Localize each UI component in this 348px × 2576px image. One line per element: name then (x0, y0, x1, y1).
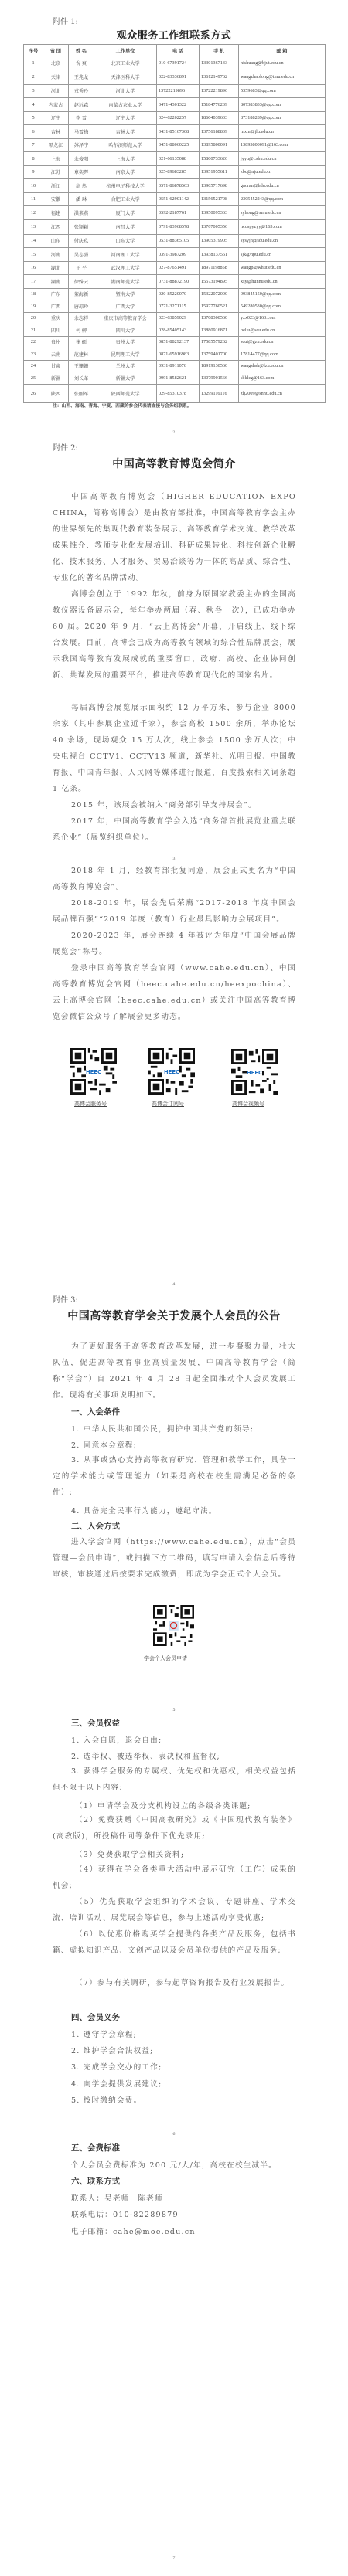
paragraph: 2018 年 1 月，经教育部批复同意，展会正式更名为“中国高等教育博览会”。 (53, 863, 296, 895)
page-number: 3 (0, 857, 348, 861)
cell-unit: 广西大学 (94, 300, 157, 313)
cell-phone: 0571-86878563 (157, 179, 200, 193)
paragraph: 中国高等教育博览会（HIGHER EDUCATION EXPO CHINA，简称… (53, 489, 296, 586)
cell-mobile: 13938137561 (200, 248, 239, 262)
cell-province: 广西 (43, 300, 69, 313)
col-header-phone: 电 话 (157, 45, 200, 56)
cell-index: 8 (24, 152, 43, 166)
table-row: 6吉林马雪梅吉林大学0431-8516730813756188839mxm@jl… (24, 125, 326, 139)
cell-name: 余俊阳 (69, 152, 94, 166)
cell-index: 7 (24, 138, 43, 152)
cell-unit: 四川大学 (94, 324, 157, 337)
qr-code-subscription[interactable]: HEEC (148, 1048, 195, 1095)
list-item: 5. 按时缴纳会费。 (71, 2094, 142, 2105)
cell-email[interactable]: sjk@hpu.edu.cn (239, 248, 326, 262)
paragraph: 高博会创立于 1992 年秋，前身为原国家教委主办的全国高教仪器设备展示会，每年… (53, 586, 296, 684)
cell-name: 高 然 (69, 179, 94, 193)
table-row: 14山东付庆玖山东大学0531-8836510513905319905sysyj… (24, 234, 326, 248)
cell-email[interactable]: yzx023@163.com (239, 312, 326, 324)
list-item: 2. 同意本会章程; (71, 1439, 137, 1450)
cell-phone: 0871-65916983 (157, 348, 200, 361)
cell-unit: 陕西师范大学 (94, 384, 157, 402)
cell-province: 北京 (43, 56, 69, 70)
cell-unit: 合肥工业大学 (94, 192, 157, 206)
cell-mobile: 13722219896 (200, 84, 239, 98)
table-row: 8上海余俊阳上海大学021-6613508815800733626jyyu@t.… (24, 152, 326, 166)
table-row: 18广东董海新暨南大学020-8522007015322072000993845… (24, 288, 326, 300)
cell-mobile: 13880916871 (200, 324, 239, 337)
cell-province: 广东 (43, 288, 69, 300)
col-header-index: 序号 (24, 45, 43, 56)
cell-phone: 0451-88060225 (157, 138, 200, 152)
cell-province: 河南 (43, 248, 69, 262)
cell-mobile: 13905319905 (200, 234, 239, 248)
qr-code-icon: HEEC (70, 1048, 117, 1095)
list-item: 3. 完成学会交办的工作; (71, 2061, 162, 2072)
cell-index: 2 (24, 70, 43, 84)
table-row: 21四川何 柳四川大学028-8540514313880916871heliu@… (24, 324, 326, 337)
svg-text:HEEC: HEEC (164, 1069, 179, 1075)
cell-name: 张丽军 (69, 384, 94, 402)
cell-unit: 武汉理工大学 (94, 261, 157, 275)
cell-mobile: 13612149762 (200, 70, 239, 84)
cell-province: 四川 (43, 324, 69, 337)
cell-mobile: 13767005356 (200, 219, 239, 234)
page-number: 6 (0, 2132, 348, 2136)
cell-mobile: 18971198858 (200, 261, 239, 275)
attachment2-label: 附件 2: (53, 441, 78, 453)
list-item: 2. 维护学会合法权益; (71, 2045, 154, 2055)
list-item: 4. 向学会提供发展建议; (71, 2078, 162, 2089)
contacts-table: 序号 省 団 姓 名 工作单位 电 话 手 机 邮 箱 1北京倪 爽北京工业大学… (23, 44, 326, 403)
cell-email[interactable]: wangzhaolong@tmu.edu.cn (239, 70, 326, 84)
cell-name: 章奕晖 (69, 165, 94, 179)
cell-phone: 022-83336891 (157, 70, 200, 84)
cell-province: 天津 (43, 70, 69, 84)
sub-list-item: （7）参与有关调研，参与起草咨询报告及行业发展报告。 (53, 1975, 296, 1991)
cell-mobile: 13895800091 (200, 138, 239, 152)
cell-unit: 吉林大学 (94, 125, 157, 139)
cell-mobile: 13950095363 (200, 206, 239, 220)
cell-name: 徐姝云 (69, 275, 94, 289)
cell-email[interactable]: 549280530@qq.com (239, 300, 326, 313)
cell-mobile: 13301367133 (200, 56, 239, 70)
cell-index: 11 (24, 192, 43, 206)
cell-name: 范建林 (69, 348, 94, 361)
cell-phone: 027-87651491 (157, 261, 200, 275)
cell-email[interactable]: xsy@hunnu.edu.cn (239, 275, 326, 289)
cell-email[interactable]: 17814477@qq.com (239, 348, 326, 361)
cell-name: 王 平 (69, 261, 94, 275)
qr-caption-member-application[interactable]: 学会个人会员申请 (144, 1655, 187, 1662)
cell-index: 21 (24, 324, 43, 337)
cell-phone: 0592-2187761 (157, 206, 200, 220)
table-row: 9江苏章奕晖南京大学025-8968328513951955611zbc@nju… (24, 165, 326, 179)
table-row: 24甘肃王姗姗兰州大学0931-891107618919130560wangsh… (24, 360, 326, 372)
table-row: 2天津王兆龙天津医科大学022-8333689113612149762wangz… (24, 70, 326, 84)
cell-name: 付庆玖 (69, 234, 94, 248)
cell-index: 25 (24, 372, 43, 385)
cell-mobile: 15977760521 (200, 300, 239, 313)
cell-province: 上海 (43, 152, 69, 166)
cell-name: 董海新 (69, 288, 94, 300)
cell-unit: 河北大学 (94, 84, 157, 98)
paragraph: 每届高博会展览展示面积约 12 万平方米，参与企业 8000 余家（其中参展企业… (53, 700, 296, 797)
qr-caption-video[interactable]: 高博会视频号 (232, 1100, 264, 1108)
cell-unit: 厦门大学 (94, 206, 157, 220)
page-number: 4 (0, 1282, 348, 1287)
cell-unit: 南昌大学 (94, 219, 157, 234)
cell-index: 6 (24, 125, 43, 139)
cell-province: 浙江 (43, 179, 69, 193)
table-header-row: 序号 省 団 姓 名 工作单位 电 话 手 机 邮 箱 (24, 45, 326, 56)
cell-email[interactable]: gaoran@hdu.edu.cn (239, 179, 326, 193)
list-item: 4. 具备完全民事行为能力，遵纪守法。 (71, 1505, 217, 1515)
cell-name: 马雪梅 (69, 125, 94, 139)
list-item: 3. 从事或热心支持高等教育研究、管理和教学工作，具备一定的学术能力或管理能力（… (53, 1452, 296, 1501)
cell-email[interactable]: 807383833@qq.com (239, 98, 326, 112)
cell-mobile: 18919130560 (200, 360, 239, 372)
cell-phone: 0431-85167308 (157, 125, 200, 139)
cell-phone: 010-67391724 (157, 56, 200, 70)
table-row: 25新疆刘长革新疆大学0991-858262113079901566sbklcg… (24, 372, 326, 385)
qr-code-icon: HEEC (231, 1049, 278, 1095)
cell-phone: 021-66135088 (157, 152, 200, 166)
section-heading-member-duties: 四、会员义务 (71, 2011, 120, 2023)
table-row: 16湖北王 平武汉理工大学027-8765149118971198858wang… (24, 261, 326, 275)
cell-mobile: 13951955611 (200, 165, 239, 179)
cell-phone: 025-89683285 (157, 165, 200, 179)
cell-index: 26 (24, 384, 43, 402)
cell-index: 16 (24, 261, 43, 275)
cell-unit: 南京大学 (94, 165, 157, 179)
cell-index: 10 (24, 179, 43, 193)
cell-name: 王姗姗 (69, 360, 94, 372)
cell-mobile: 13708300560 (200, 312, 239, 324)
cell-mobile: 18604039633 (200, 111, 239, 125)
sub-list-item: （6）以优惠价格购买学会提供的各类产品及服务，包括书籍、虚拟知识产品、文创产品以… (53, 1926, 296, 1959)
cell-mobile: 13756188839 (200, 125, 239, 139)
cell-index: 15 (24, 248, 43, 262)
table-row: 4内蒙古赵远森内蒙古农业大学0471-430132215184776239807… (24, 98, 326, 112)
cell-province: 内蒙古 (43, 98, 69, 112)
cell-phone: 13722219896 (157, 84, 200, 98)
col-header-province: 省 団 (43, 45, 69, 56)
list-item: 2. 选举权、被选举权、表决权和监督权; (71, 1750, 220, 1761)
cell-name: 戎秀玲 (69, 84, 94, 98)
cell-phone: 0991-8582621 (157, 372, 200, 385)
cell-phone: 0931-8911076 (157, 360, 200, 372)
cell-unit: 哈尔滨师范大学 (94, 138, 157, 152)
cell-index: 12 (24, 206, 43, 220)
cell-name: 倪 爽 (69, 56, 94, 70)
section-heading-fee: 五、会费标准 (71, 2142, 120, 2153)
cell-email[interactable]: syhong@xmu.edu.cn (239, 206, 326, 220)
cell-unit: 内蒙古农业大学 (94, 98, 157, 112)
cell-index: 13 (24, 219, 43, 234)
contact-person: 联系人：吴老师 陈老师 (71, 2192, 163, 2203)
cell-province: 安徽 (43, 192, 69, 206)
cell-phone: 028-85405143 (157, 324, 200, 337)
list-item: 1. 入会自愿，退会自由; (71, 1734, 162, 1745)
qr-code-video[interactable]: HEEC (231, 1049, 278, 1095)
cell-unit: 贵州大学 (94, 336, 157, 348)
table-row: 13江西张颖颖南昌大学0791-8396857813767005356ncusp… (24, 219, 326, 234)
attachment3-label: 附件 3: (53, 1293, 78, 1305)
paragraph: 登录中国高等教育学会官网（www.cahe.edu.cn）、中国高等教育博览会官… (53, 960, 296, 1025)
cell-index: 1 (24, 56, 43, 70)
cell-province: 重庆 (43, 312, 69, 324)
cell-index: 23 (24, 348, 43, 361)
cell-phone: 0531-88365105 (157, 234, 200, 248)
cell-mobile: 15573194895 (200, 275, 239, 289)
cell-unit: 杭州电子科技大学 (94, 179, 157, 193)
cell-email[interactable]: jyyu@t.shu.edu.cn (239, 152, 326, 166)
cell-email[interactable]: zbc@nju.edu.cn (239, 165, 326, 179)
cell-unit: 昆明理工大学 (94, 348, 157, 361)
list-item: 3. 获得学会服务的专属权、优先权和优惠权，相关权益包括但不限于以下内容: (53, 1763, 296, 1796)
table-row: 10浙江高 然杭州电子科技大学0571-8687856313905717698g… (24, 179, 326, 193)
cell-province: 河北 (43, 84, 69, 98)
cell-unit: 暨南大学 (94, 288, 157, 300)
table-footnote: 注：山西、海南、青海、宁夏、西藏的参会代表请直接与会务组联系。 (53, 402, 192, 409)
cell-province: 湖南 (43, 275, 69, 289)
cell-email[interactable]: 873188289@qq.com (239, 111, 326, 125)
sub-list-item: （5）优先获取学会组织的学术会议、专题讲座、学术交流、培训活动、展览展会等信息，… (53, 1894, 296, 1926)
cell-index: 9 (24, 165, 43, 179)
cell-mobile: 13299116116 (200, 384, 239, 402)
cell-province: 山东 (43, 234, 69, 248)
cell-province: 甘肃 (43, 360, 69, 372)
cell-index: 17 (24, 275, 43, 289)
table-row: 15河南吴志强河南理工大学0391-398720913938137561sjk@… (24, 248, 326, 262)
cell-unit: 兰州大学 (94, 360, 157, 372)
cell-name: 赵远森 (69, 98, 94, 112)
paragraph: 进入学会官网（https://www.cahe.edu.cn），点击“会员管理—… (53, 1534, 296, 1583)
cell-index: 5 (24, 111, 43, 125)
cell-name: 刘长革 (69, 372, 94, 385)
page-number: 7 (0, 2556, 348, 2561)
cell-phone: 023-63859029 (157, 312, 200, 324)
cell-mobile: 15184776239 (200, 98, 239, 112)
cell-name: 张颖颖 (69, 219, 94, 234)
cell-name: 苏泽宇 (69, 138, 94, 152)
cell-name: 崔 硕 (69, 336, 94, 348)
cell-name: 李 雪 (69, 111, 94, 125)
cell-phone: 0471-4301322 (157, 98, 200, 112)
cell-name: 何 柳 (69, 324, 94, 337)
cell-province: 福建 (43, 206, 69, 220)
svg-text:HEEC: HEEC (86, 1069, 101, 1075)
col-header-unit: 工作单位 (94, 45, 157, 56)
page-number: 5 (0, 1708, 348, 1712)
cell-name: 王兆龙 (69, 70, 94, 84)
cell-email[interactable]: 993845150@qq.com (239, 288, 326, 300)
cell-index: 19 (24, 300, 43, 313)
attachment2-title: 中国高等教育博览会简介 (0, 456, 348, 471)
cell-phone: 0851-88292137 (157, 336, 200, 348)
cell-email[interactable]: mxm@jlu.edu.cn (239, 125, 326, 139)
cell-province: 湖北 (43, 261, 69, 275)
cell-index: 14 (24, 234, 43, 248)
qr-caption-subscription[interactable]: 高博会订阅号 (152, 1100, 184, 1108)
table-row: 5辽宁李 雪辽宁大学024-62202257186040396338731882… (24, 111, 326, 125)
cell-index: 22 (24, 336, 43, 348)
contacts-table-body: 1北京倪 爽北京工业大学010-6739172413301367133nishu… (24, 56, 326, 403)
cell-province: 贵州 (43, 336, 69, 348)
cell-mobile: 13079901566 (200, 372, 239, 385)
col-header-email: 邮 箱 (239, 45, 326, 56)
cell-unit: 湖南师范大学 (94, 275, 157, 289)
cell-email[interactable]: wangshsh@lzu.edu.cn (239, 360, 326, 372)
sub-list-item: （1）申请学会及分支机构设立的各级各类课题; (75, 1800, 251, 1811)
section-heading-join-conditions: 一、入会条件 (71, 1406, 120, 1417)
paragraph: 2018-2019 年，展会先后荣膺“2017-2018 年度中国会展品牌百强”… (53, 895, 296, 928)
cell-email[interactable]: zlj2009@snnu.edu.cn (239, 384, 326, 402)
cell-name: 唐琼玲 (69, 300, 94, 313)
cell-mobile: 13759401700 (200, 348, 239, 361)
cell-index: 3 (24, 84, 43, 98)
cell-unit: 上海大学 (94, 152, 157, 166)
cell-unit: 山东大学 (94, 234, 157, 248)
cell-name: 潘 琳 (69, 192, 94, 206)
cell-phone: 024-62202257 (157, 111, 200, 125)
cell-index: 18 (24, 288, 43, 300)
sub-list-item: （4）获得在学会各类重大活动中展示研究（工作）成果的机会; (53, 1862, 296, 1894)
col-header-mobile: 手 机 (200, 45, 239, 56)
paragraph: 2020-2023 年，展会连续 4 年被评为年度“中国会展品牌展览会”称号。 (53, 928, 296, 960)
qr-code-icon (153, 1605, 194, 1646)
table-row: 12福建洪素燕厦门大学0592-218776113950095363syhong… (24, 206, 326, 220)
cell-name: 洪素燕 (69, 206, 94, 220)
qr-code-member-application[interactable] (153, 1605, 194, 1646)
cell-email[interactable]: sysyjh@sdu.edu.cn (239, 234, 326, 248)
col-header-name: 姓 名 (69, 45, 94, 56)
attachment3-title: 中国高等教育学会关于发展个人会员的公告 (0, 1308, 348, 1323)
cell-email[interactable]: 2305452243@qq.com (239, 192, 326, 206)
cell-province: 黑龙江 (43, 138, 69, 152)
cell-phone: 029-85310378 (157, 384, 200, 402)
table-row: 26陕西张丽军陕西师范大学029-8531037813299116116zlj2… (24, 384, 326, 402)
svg-text:HEEC: HEEC (247, 1070, 262, 1076)
list-item: 1. 中华人民共和国公民，拥护中国共产党的领导; (71, 1423, 254, 1434)
cell-mobile: 13905717698 (200, 179, 239, 193)
fee-text: 个人会员会费标准为 200 元/人/年，高校在校生减半。 (71, 2159, 277, 2170)
qr-code-icon: HEEC (148, 1048, 195, 1095)
cell-phone: 020-85220070 (157, 288, 200, 300)
cell-unit: 北京工业大学 (94, 56, 157, 70)
cell-email[interactable]: ncuspyzyy@163.com (239, 219, 326, 234)
qr-caption-service[interactable]: 高博会服务号 (74, 1100, 107, 1108)
cell-email[interactable]: 13895800091@163.com (239, 138, 326, 152)
cell-phone: 0731-88872190 (157, 275, 200, 289)
section-heading-join-method: 二、入会方式 (71, 1520, 120, 1532)
intro-paragraph: 为了更好服务于高等教育改革发展，进一步凝聚力量，壮大队伍，促进高等教育事业高质量… (53, 1339, 296, 1403)
cell-mobile: 15322072000 (200, 288, 239, 300)
cell-province: 江苏 (43, 165, 69, 179)
cell-index: 4 (24, 98, 43, 112)
list-item: 1. 遵守学会章程; (71, 2028, 137, 2039)
cell-name: 余志祥 (69, 312, 94, 324)
table-row: 19广西唐琼玲广西大学0771-327111515977760521549280… (24, 300, 326, 313)
cell-phone: 0551-62901142 (157, 192, 200, 206)
table-row: 23云南范建林昆明理工大学0871-6591698313759401700178… (24, 348, 326, 361)
attachment1-label: 附件 1: (53, 15, 78, 26)
cell-province: 陕西 (43, 384, 69, 402)
cell-email[interactable]: sbklcg@163.com (239, 372, 326, 385)
table-row: 7黑龙江苏泽宇哈尔滨师范大学0451-880602251389580009113… (24, 138, 326, 152)
cell-province: 辽宁 (43, 111, 69, 125)
cell-phone: 0771-3271115 (157, 300, 200, 313)
cell-email[interactable]: scui@gzu.edu.cn (239, 336, 326, 348)
cell-phone: 0391-3987209 (157, 248, 200, 262)
cell-email[interactable]: heliu@scu.edu.cn (239, 324, 326, 337)
table-row: 1北京倪 爽北京工业大学010-6739172413301367133nishu… (24, 56, 326, 70)
cell-mobile: 13156521708 (200, 192, 239, 206)
table-row: 3河北戎秀玲河北大学13722219896137222198965359683@… (24, 84, 326, 98)
cell-mobile: 17585579262 (200, 336, 239, 348)
cell-province: 江西 (43, 219, 69, 234)
contact-phone: 联系电话：010-82289879 (71, 2208, 179, 2219)
section-heading-contact: 六、联系方式 (71, 2175, 120, 2187)
cell-province: 新疆 (43, 372, 69, 385)
table-row: 22贵州崔 硕贵州大学0851-8829213717585579262scui@… (24, 336, 326, 348)
page-number: 2 (0, 430, 348, 435)
cell-email[interactable]: nishuang@bjut.edu.cn (239, 56, 326, 70)
cell-unit: 河南理工大学 (94, 248, 157, 262)
paragraph: 2017 年，中国高等教育学会入选“商务部首批展览业重点联系企业”（展览组织单位… (53, 813, 296, 846)
cell-phone: 0791-83968578 (157, 219, 200, 234)
qr-code-service[interactable]: HEEC (70, 1048, 117, 1095)
section-heading-member-rights: 三、会员权益 (71, 1717, 120, 1729)
cell-index: 20 (24, 312, 43, 324)
cell-index: 24 (24, 360, 43, 372)
contact-email[interactable]: 电子邮箱：cahe@moe.edu.cn (71, 2225, 196, 2236)
cell-name: 吴志强 (69, 248, 94, 262)
cell-unit: 辽宁大学 (94, 111, 157, 125)
cell-email[interactable]: 5359683@qq.com (239, 84, 326, 98)
table-row: 11安徽潘 琳合肥工业大学0551-6290114213156521708230… (24, 192, 326, 206)
paragraph: 2015 年，该展会被纳入“商务部引导支持展会”。 (53, 797, 296, 813)
table-row: 17湖南徐姝云湖南师范大学0731-8887219015573194895xsy… (24, 275, 326, 289)
cell-mobile: 15800733626 (200, 152, 239, 166)
cell-province: 云南 (43, 348, 69, 361)
cell-unit: 新疆大学 (94, 372, 157, 385)
sub-list-item: （2）免费获赠《中国高教研究》或《中国现代教育装备》(高教版)，所投稿件同等条件… (53, 1812, 296, 1845)
cell-email[interactable]: wangp@whut.edu.cn (239, 261, 326, 275)
cell-unit: 天津医科大学 (94, 70, 157, 84)
cell-province: 吉林 (43, 125, 69, 139)
cell-unit: 重庆市高等教育学会 (94, 312, 157, 324)
attachment1-title: 观众服务工作组联系方式 (0, 27, 348, 42)
table-row: 20重庆余志祥重庆市高等教育学会023-6385902913708300560y… (24, 312, 326, 324)
sub-list-item: （3）免费获取学会相关资料; (75, 1848, 184, 1859)
